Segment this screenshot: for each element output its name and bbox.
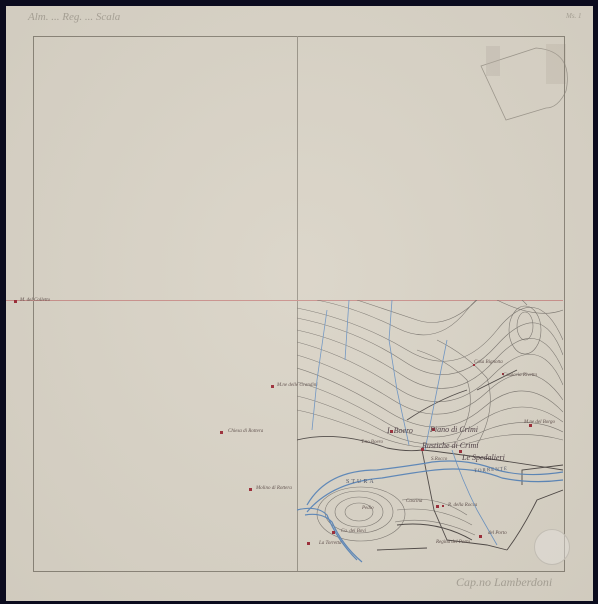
place-label: T.no Boero <box>361 440 383 445</box>
river-label: STURA <box>346 479 376 485</box>
place-label: R. della Rocca <box>448 503 477 508</box>
place-label: S.Rocco <box>431 457 447 462</box>
marker-icon <box>271 385 274 388</box>
place-label: Casa Bignotta <box>474 360 503 365</box>
place-label: Chiesa di Rottera <box>228 429 263 434</box>
place-label: Pedio <box>362 506 374 511</box>
place-label: M. del Colletto <box>20 298 50 303</box>
pencil-top-right: Ms. 1 <box>566 12 582 20</box>
embossed-seal <box>534 529 570 565</box>
marker-icon <box>249 488 252 491</box>
place-label: Cascina <box>406 499 422 504</box>
marker-icon <box>14 300 17 303</box>
place-label: Le Spedalieri <box>462 453 505 462</box>
place-label: M.ne del Borgo <box>524 420 555 425</box>
pencil-signature: Cap.no Lamberdoni <box>456 575 552 590</box>
place-label: Piano di Crimi <box>430 425 478 434</box>
place-label: del Porto <box>488 531 507 536</box>
map-sheet: Alm. ... Reg. ... Scala Ms. 1 M. del Col… <box>6 6 593 601</box>
marker-icon <box>220 431 223 434</box>
place-label: La Torretta <box>319 541 342 546</box>
pencil-title: Alm. ... Reg. ... Scala <box>28 11 120 23</box>
topographic-map-quadrant <box>297 300 563 570</box>
place-label: Ca. dei Bovi <box>341 529 366 534</box>
place-label: Rustiche di Crimi <box>422 441 478 450</box>
place-label: I. Boero <box>387 426 413 435</box>
place-label: Casaccia Rivetta <box>503 373 537 378</box>
place-label: Regina del Porto <box>436 540 470 545</box>
place-label: Molino di Rottera <box>256 486 292 491</box>
